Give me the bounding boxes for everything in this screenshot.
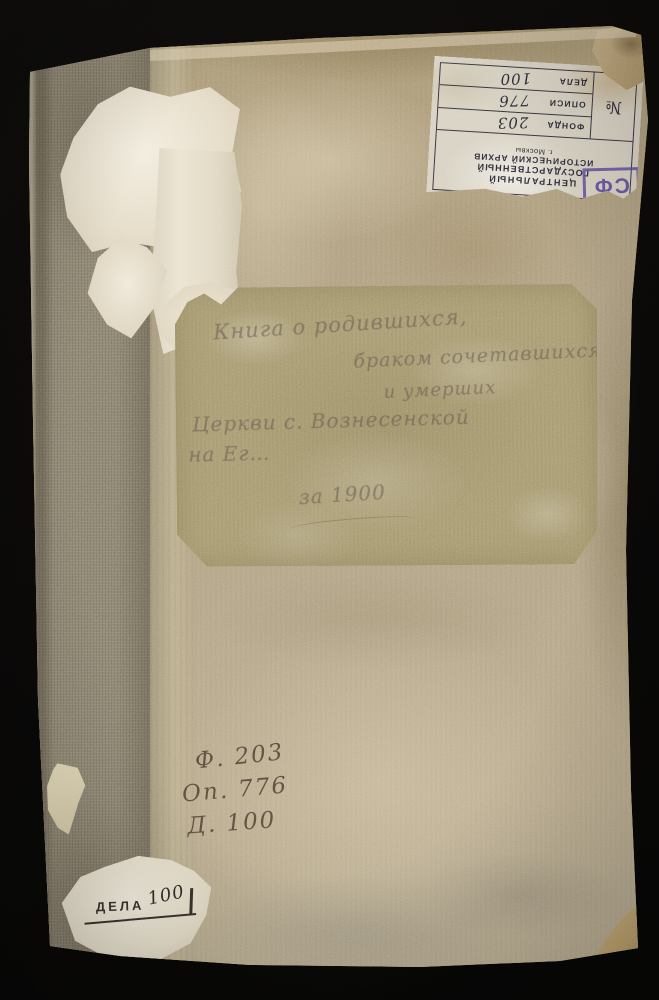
title-line-6: за 1900 (298, 480, 386, 509)
book-cover: Книга о родившихся, браком сочетавшихся … (0, 0, 659, 1000)
dela-printed-text: ДЕЛА (96, 898, 145, 915)
archival-line-fond: Ф. 203 (194, 739, 288, 774)
archival-line-delo: Д. 100 (186, 806, 290, 839)
stamp-row-label: ДЕЛА (537, 75, 594, 88)
stamp-row-label: ФОНДА (534, 119, 591, 132)
title-line-2: браком сочетавшихся (353, 339, 602, 372)
dela-underline (84, 913, 196, 925)
archival-line-opis: Оп. 776 (181, 772, 289, 807)
title-line-1: Книга о родившихся, (212, 305, 467, 345)
underline-flourish (289, 513, 417, 534)
dela-number: 100 (146, 881, 187, 909)
title-line-5: на Ег… (188, 441, 271, 467)
archival-handwriting: Ф. 203 Оп. 776 Д. 100 (180, 742, 289, 838)
stamp-row-value: 776 (498, 91, 530, 110)
stamp-row-value: 203 (497, 114, 529, 133)
stamp-rows: ФОНДА 203 ОПИСИ 776 ДЕЛА 100 (437, 63, 594, 138)
title-line-3: и умерших (383, 377, 496, 403)
dela-tick (189, 888, 192, 914)
stamp-row-value: 100 (499, 69, 531, 88)
title-line-4: Церкви с. Вознесенской (192, 405, 470, 437)
stamp-row-label: ОПИСИ (535, 97, 592, 110)
title-label: Книга о родившихся, браком сочетавшихся … (175, 284, 600, 568)
photo-stage: Книга о родившихся, браком сочетавшихся … (0, 0, 659, 1000)
